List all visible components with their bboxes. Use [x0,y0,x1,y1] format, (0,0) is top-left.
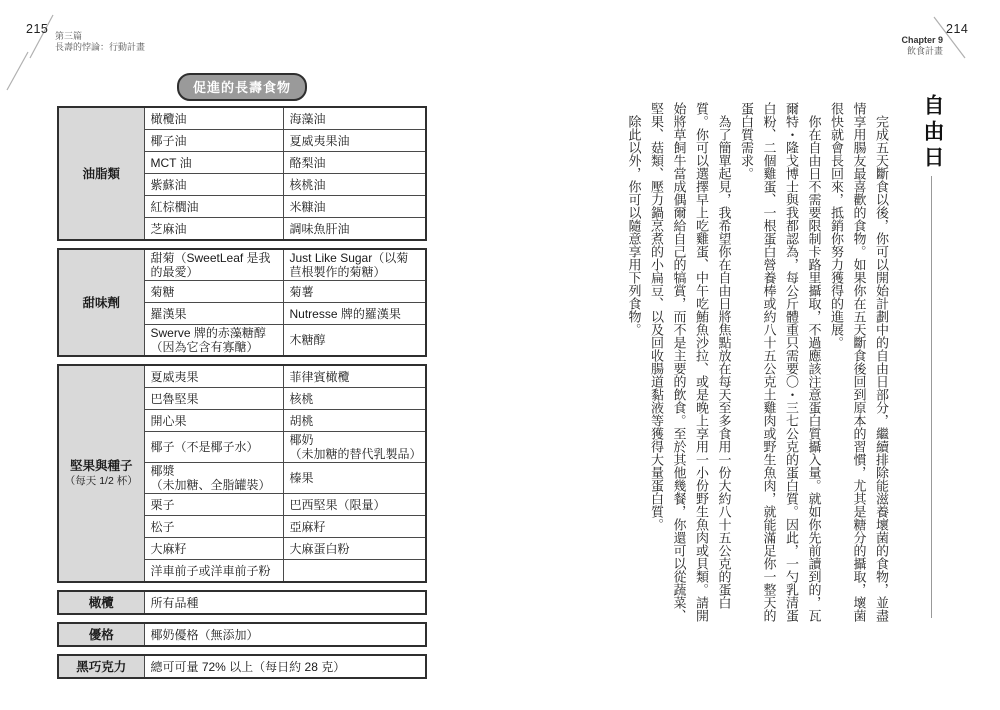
food-cell: 所有品種 [144,591,426,614]
food-cell: 椰子油 [144,130,283,152]
food-cell: 松子 [144,516,283,538]
food-cell: 椰漿 （未加糖、全脂罐裝） [144,463,283,494]
food-cell: Nutresse 牌的羅漢果 [283,303,426,325]
food-cell: 芝麻油 [144,218,283,241]
part-title: 長壽的悖論：行動計畫 [55,42,145,53]
food-cell: 巴魯堅果 [144,388,283,410]
food-cell: 開心果 [144,410,283,432]
part-label: 第三篇 [55,31,145,42]
food-cell: 椰子（不是椰子水） [144,432,283,463]
page-number-right: 214 [946,22,968,36]
food-cell: 核桃油 [283,174,426,196]
food-cell: 米糠油 [283,196,426,218]
table-row: 黑巧克力總可可量 72% 以上（每日約 28 克） [58,655,426,678]
food-cell: 大麻籽 [144,538,283,560]
chapter-title: 飲食計畫 [855,46,943,57]
food-cell: 椰奶 （未加糖的替代乳製品） [283,432,426,463]
category-cell: 油脂類 [58,107,144,240]
food-cell: Just Like Sugar（以菊苣根製作的菊糖） [283,249,426,281]
table-row: 優格椰奶優格（無添加） [58,623,426,646]
table-row: 甜味劑甜菊（SweetLeaf 是我的最愛）Just Like Sugar（以菊… [58,249,426,281]
table-row: 橄欖所有品種 [58,591,426,614]
category-cell: 堅果與種子（每天 1/2 杯） [58,365,144,582]
food-cell: 菊糖 [144,281,283,303]
running-head-left: 第三篇 長壽的悖論：行動計畫 [55,31,145,53]
food-cell: 洋車前子或洋車前子粉 [144,560,283,583]
food-cell: 調味魚肝油 [283,218,426,241]
food-cell: 木糖醇 [283,325,426,357]
page-number-left: 215 [26,22,48,36]
food-cell: 夏威夷果油 [283,130,426,152]
food-cell: 核桃 [283,388,426,410]
section-title: 自由日 [918,94,948,172]
food-cell [283,560,426,583]
title-rule [931,176,932,618]
category-note: （每天 1/2 杯） [61,474,142,488]
category-cell: 橄欖 [58,591,144,614]
food-cell: 總可可量 72% 以上（每日約 28 克） [144,655,426,678]
category-cell: 優格 [58,623,144,646]
running-head-right: Chapter 9 飲食計畫 [855,35,943,57]
food-table-section: 油脂類橄欖油海藻油椰子油夏威夷果油MCT 油酪梨油紫蘇油核桃油紅棕櫚油米糠油芝麻… [57,106,427,241]
food-cell: 紅棕櫚油 [144,196,283,218]
food-cell: 菊薯 [283,281,426,303]
food-cell: 菲律賓橄欖 [283,365,426,388]
food-table-section: 黑巧克力總可可量 72% 以上（每日約 28 克） [57,654,427,679]
food-cell: 甜菊（SweetLeaf 是我的最愛） [144,249,283,281]
food-cell: 夏威夷果 [144,365,283,388]
paragraph: 你在自由日不需要限制卡路里攝取，不過應該注意蛋白質攝入量。就如你先前讀到的，瓦爾… [735,102,825,626]
chapter-label: Chapter 9 [855,35,943,46]
food-table-section: 甜味劑甜菊（SweetLeaf 是我的最愛）Just Like Sugar（以菊… [57,248,427,357]
food-cell: 榛果 [283,463,426,494]
paragraph: 除此以外，你可以隨意享用下列食物。 [622,102,645,626]
paragraph: 為了簡單起見，我希望你在自由日將焦點放在每天至多食用一份大約八十五公克的蛋白質。… [645,102,735,626]
table-title-badge-wrap: 促進的長壽食物 [57,73,427,101]
food-table: 油脂類橄欖油海藻油椰子油夏威夷果油MCT 油酪梨油紫蘇油核桃油紅棕櫚油米糠油芝麻… [57,106,427,686]
food-table-section: 堅果與種子（每天 1/2 杯）夏威夷果菲律賓橄欖巴魯堅果核桃開心果胡桃椰子（不是… [57,364,427,583]
table-title-badge: 促進的長壽食物 [177,73,307,101]
food-cell: 橄欖油 [144,107,283,130]
paragraph: 完成五天斷食以後，你可以開始計劃中的自由日部分，繼續排除能滋養壞菌的食物，並盡情… [825,102,893,626]
food-cell: MCT 油 [144,152,283,174]
food-cell: 大麻蛋白粉 [283,538,426,560]
food-table-section: 橄欖所有品種 [57,590,427,615]
food-cell: 亞麻籽 [283,516,426,538]
food-cell: 胡桃 [283,410,426,432]
food-cell: 酪梨油 [283,152,426,174]
table-row: 油脂類橄欖油海藻油 [58,107,426,130]
food-cell: 椰奶優格（無添加） [144,623,426,646]
food-cell: Swerve 牌的赤藻糖醇 （因為它含有寡醣） [144,325,283,357]
body-text: 完成五天斷食以後，你可以開始計劃中的自由日部分，繼續排除能滋養壞菌的食物，並盡情… [620,102,892,626]
food-table-section: 優格椰奶優格（無添加） [57,622,427,647]
category-cell: 黑巧克力 [58,655,144,678]
book-spread: { "colors":{ "badge_bg":"#9a9a9a", "badg… [0,0,1000,710]
food-cell: 海藻油 [283,107,426,130]
food-cell: 紫蘇油 [144,174,283,196]
food-cell: 栗子 [144,494,283,516]
food-cell: 羅漢果 [144,303,283,325]
category-cell: 甜味劑 [58,249,144,356]
food-cell: 巴西堅果（限量） [283,494,426,516]
table-row: 堅果與種子（每天 1/2 杯）夏威夷果菲律賓橄欖 [58,365,426,388]
